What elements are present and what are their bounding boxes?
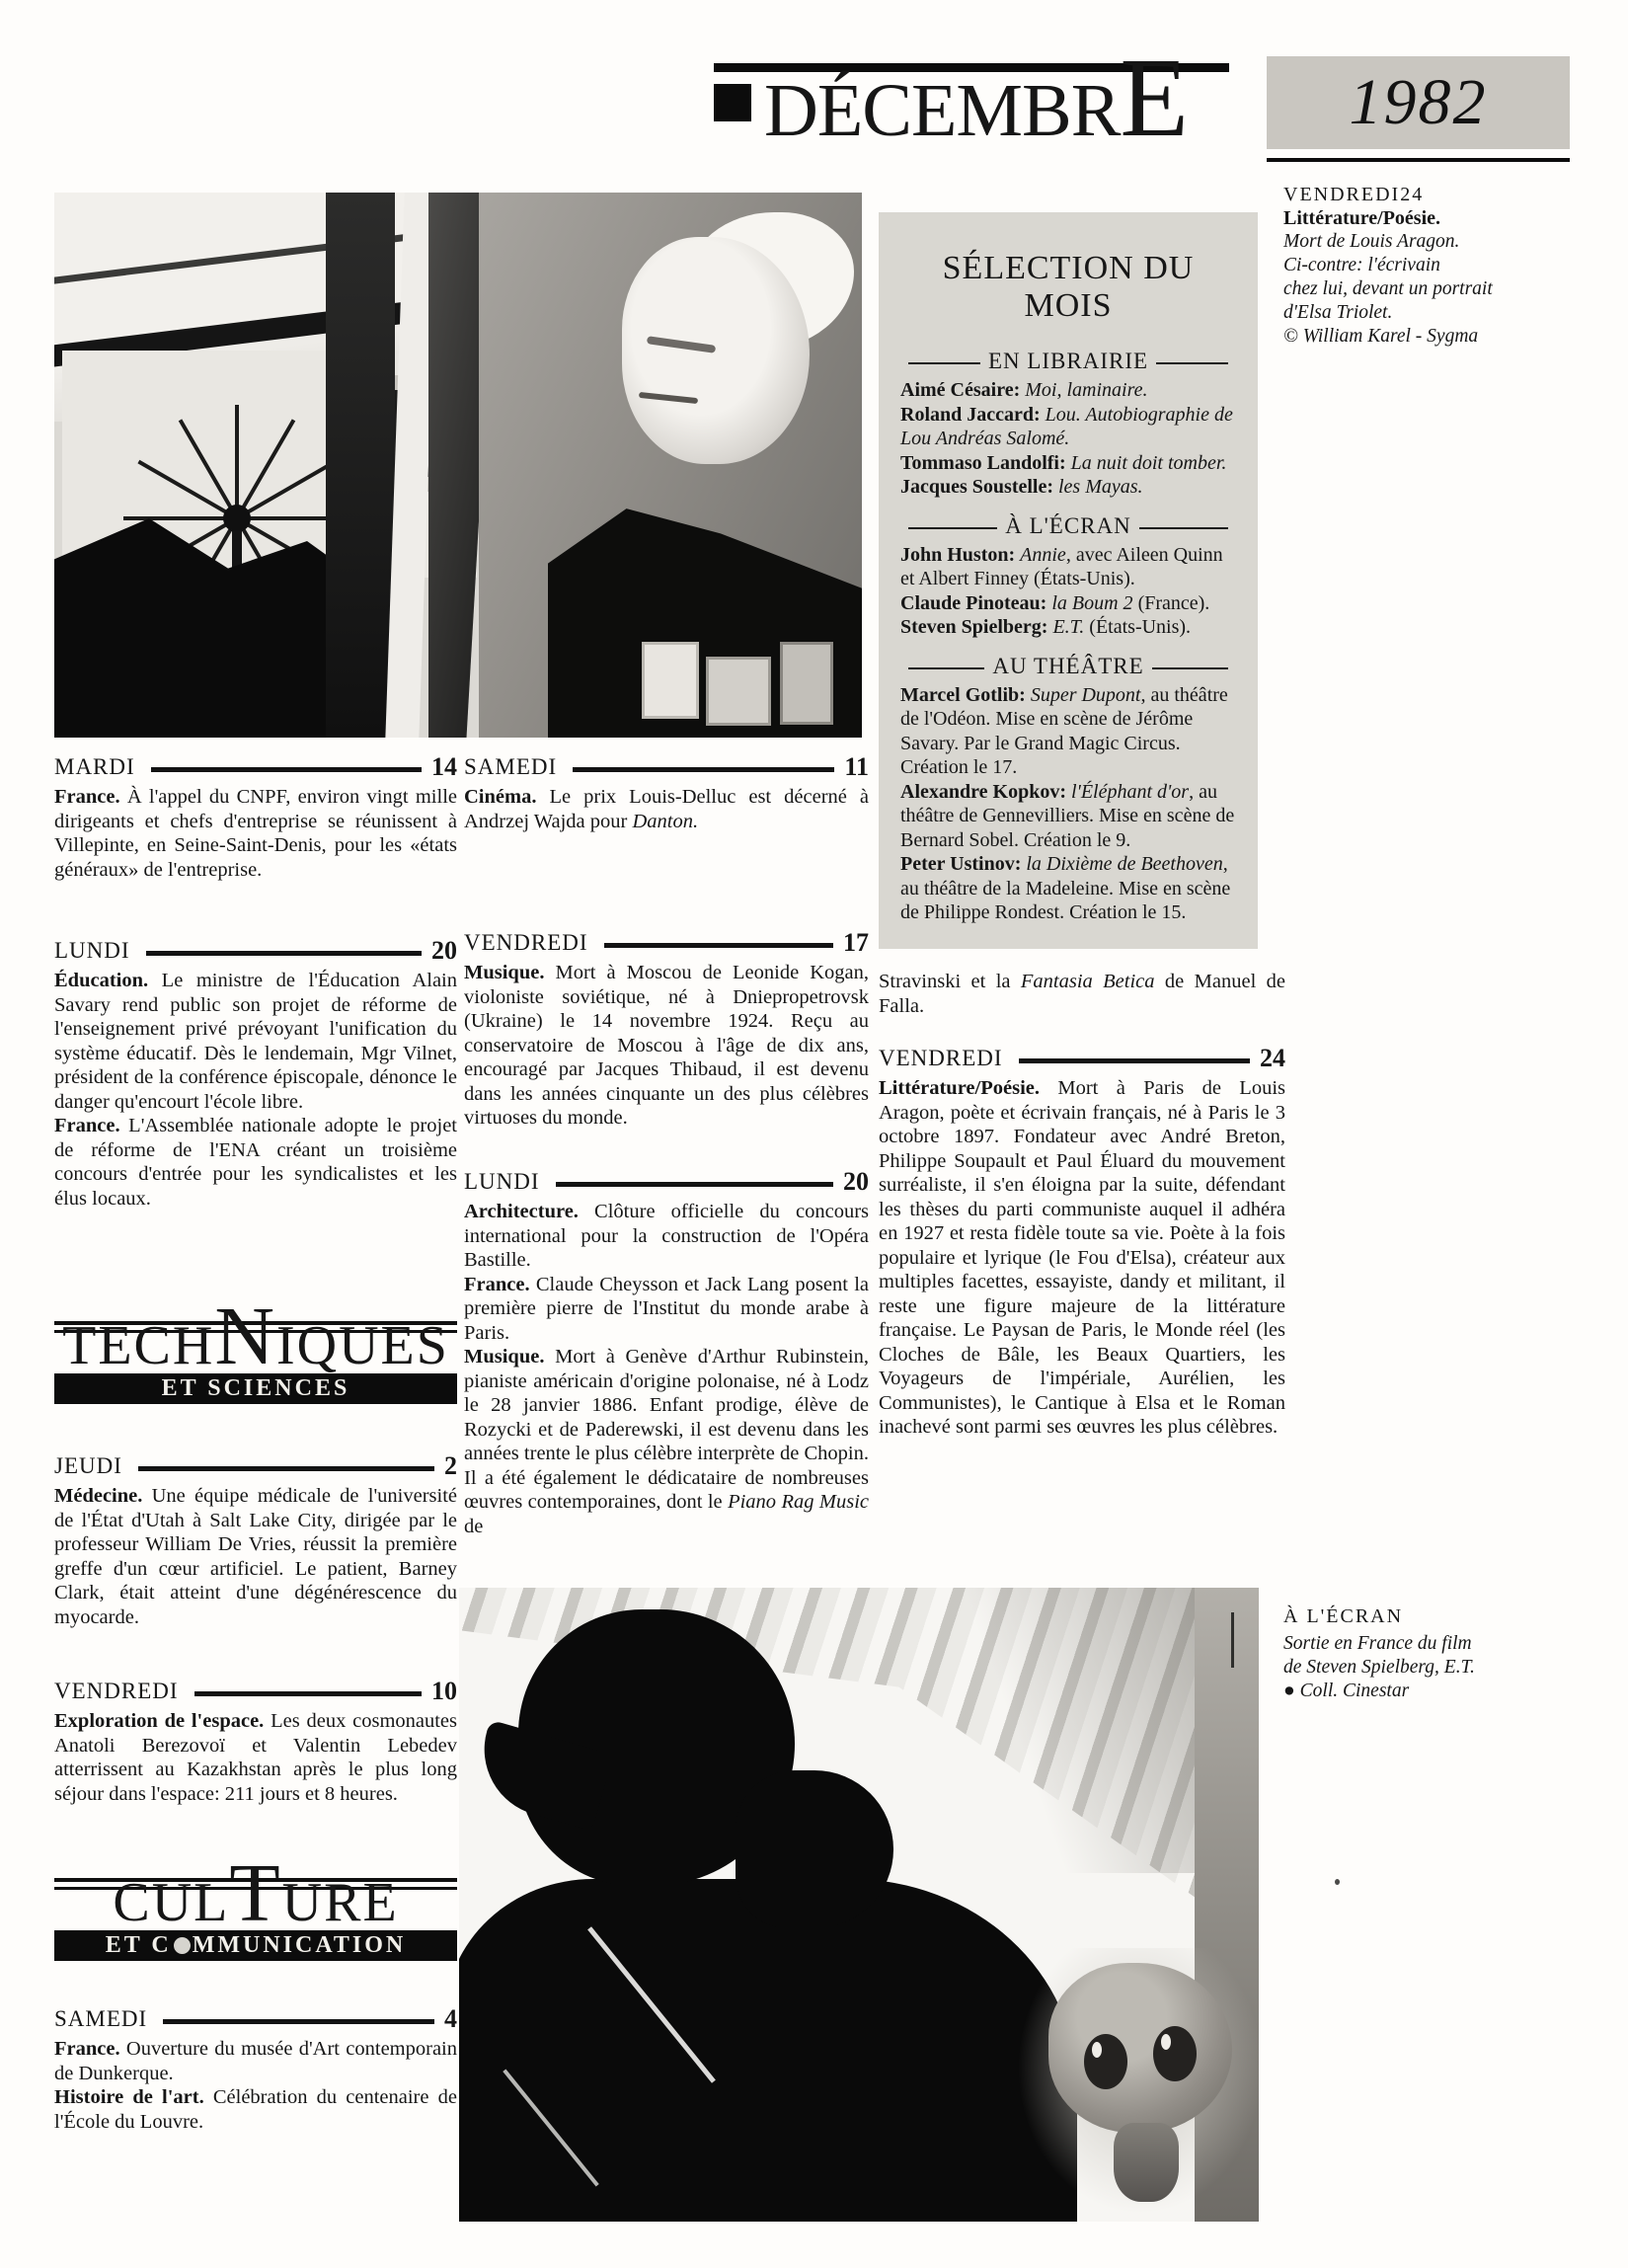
et-creature (1037, 1963, 1244, 2210)
heading-rule-right (1156, 362, 1228, 364)
selection-item: Aimé Césaire: Moi, laminaire. (900, 378, 1236, 403)
selection-item: Roland Jaccard: Lou. Autobiographie de L… (900, 403, 1236, 451)
item-title: Moi, laminaire. (1025, 379, 1147, 401)
heading-rule-right (1139, 527, 1228, 529)
paragraph-lead: France. (54, 2038, 120, 2060)
day-label: SAMEDI (54, 2006, 147, 2032)
et-head (1048, 1963, 1232, 2133)
day-label: LUNDI (464, 1169, 540, 1195)
selection-title: SÉLECTION DU MOIS (900, 250, 1236, 325)
paragraph-lead: Médecine. (54, 1485, 142, 1507)
paragraph-italic-title: Fantasia Betica (1021, 971, 1155, 992)
masthead-title: CULTURE (54, 1866, 457, 1925)
item-author: Steven Spielberg: (900, 616, 1052, 638)
day-label: SAMEDI (464, 754, 557, 780)
caption-line: Mort de Louis Aragon. (1283, 230, 1580, 254)
paragraph-lead: France. (54, 786, 120, 808)
selection-heading-theatre: AU THÉÂTRE (900, 654, 1236, 679)
et-neck (1114, 2123, 1179, 2202)
sconce-hub (223, 505, 251, 532)
caption-heading: À L'ÉCRAN (1283, 1604, 1580, 1628)
masthead-title-post: URE (282, 1872, 399, 1933)
day-number: 2 (444, 1451, 457, 1481)
paragraph-text: Mort à Paris de Louis Aragon, poète et é… (879, 1077, 1285, 1438)
day-label: VENDREDI (54, 1679, 179, 1704)
item-title: l'Éléphant d'or (1071, 781, 1189, 803)
month-title-big-letter: E (1120, 35, 1188, 160)
item-author: Aimé Césaire: (900, 379, 1025, 401)
eye-glint (1161, 2034, 1171, 2050)
item-title: les Mayas. (1058, 476, 1143, 498)
selection-item: Steven Spielberg: E.T. (États-Unis). (900, 615, 1236, 640)
postcard (780, 642, 833, 725)
selection-item: Alexandre Kopkov: l'Éléphant d'or, au th… (900, 780, 1236, 853)
masthead-subtitle-pre: ET C (106, 1932, 172, 1959)
item-author: Marcel Gotlib: (900, 684, 1031, 706)
entry-day-header: VENDREDI 10 (54, 1677, 457, 1706)
paragraph-text: Mort à Moscou de Leonide Kogan, violonis… (464, 962, 869, 1129)
masthead-title-pre: CUL (113, 1872, 229, 1933)
selection-item: Peter Ustinov: la Dixième de Beethoven, … (900, 852, 1236, 925)
entry-vendredi-17: VENDREDI 17 Musique. Mort à Moscou de Le… (464, 928, 869, 1131)
selection-item: Jacques Soustelle: les Mayas. (900, 475, 1236, 500)
item-author: Claude Pinoteau: (900, 592, 1051, 614)
et-eye-right (1153, 2026, 1197, 2081)
entry-paragraph: France. À l'appel du CNPF, environ vingt… (54, 785, 457, 882)
paragraph-lead: Littérature/Poésie. (879, 1077, 1040, 1099)
photo-et-film-still (459, 1588, 1259, 2222)
photo-louis-aragon (54, 193, 862, 738)
masthead-title-pre: TECH (62, 1315, 214, 1376)
scan-tick-mark (1231, 1612, 1234, 1668)
heading-rule-left (908, 527, 997, 529)
paragraph-lead: France. (54, 1115, 120, 1136)
day-number: 10 (431, 1677, 457, 1706)
aragon-face-profile (622, 237, 810, 464)
entry-day-header: SAMEDI 11 (464, 752, 869, 782)
item-rest: (France). (1133, 592, 1210, 614)
paragraph-italic-title: Piano Rag Music (728, 1491, 869, 1513)
caption-line: Sortie en France du film (1283, 1632, 1580, 1656)
black-square-bullet (714, 84, 751, 121)
entry-paragraph: Musique. Mort à Genève d'Arthur Rubinste… (464, 1345, 869, 1538)
year-box-underline (1267, 158, 1570, 162)
paragraph-lead: Cinéma. (464, 786, 536, 808)
selection-heading-librairie: EN LIBRAIRIE (900, 349, 1236, 374)
caption-line: d'Elsa Triolet. (1283, 301, 1580, 325)
day-label: MARDI (54, 754, 135, 780)
caption-line: de Steven Spielberg, E.T. (1283, 1656, 1580, 1680)
caption-photo-credit: © William Karel - Sygma (1283, 325, 1580, 349)
selection-item: John Huston: Annie, avec Aileen Quinn et… (900, 543, 1236, 591)
caption-line: chez lui, devant un portrait (1283, 277, 1580, 301)
day-label: JEUDI (54, 1453, 122, 1479)
paragraph-italic-title: Danton. (632, 811, 698, 832)
masthead-title: TECHNIQUES (54, 1309, 457, 1369)
day-rule (1019, 1058, 1250, 1063)
item-title: Super Dupont (1031, 684, 1141, 706)
item-author: Alexandre Kopkov: (900, 781, 1071, 803)
entry-paragraph: Stravinski et la Fantasia Betica de Manu… (879, 970, 1285, 1018)
entry-paragraph: France. L'Assemblée nationale adopte le … (54, 1114, 457, 1211)
paragraph-lead: Architecture. (464, 1201, 579, 1222)
item-rest: (États-Unis). (1084, 616, 1191, 638)
entry-day-header: JEUDI 2 (54, 1451, 457, 1481)
caption-aragon-photo: VENDREDI24 Littérature/Poésie. Mort de L… (1283, 183, 1580, 349)
postcard (706, 657, 771, 726)
day-rule (138, 1466, 434, 1471)
item-title: Annie (1020, 544, 1066, 566)
day-number: 14 (431, 752, 457, 782)
entry-paragraph: Médecine. Une équipe médicale de l'unive… (54, 1484, 457, 1629)
masthead-big-letter: N (214, 1290, 276, 1382)
et-eye-left (1084, 2034, 1127, 2089)
day-label: VENDREDI (464, 930, 588, 956)
masthead-big-letter: T (229, 1847, 281, 1939)
masthead: CULTURE ET CMMUNICATION (54, 1866, 457, 1961)
day-rule (573, 767, 834, 772)
day-number: 17 (843, 928, 869, 958)
boy-silhouette-hair (736, 1770, 893, 1928)
entry-day-header: LUNDI 20 (54, 936, 457, 966)
selection-item: Tommaso Landolfi: La nuit doit tomber. (900, 451, 1236, 476)
postcard (642, 642, 699, 719)
selection-heading-ecran: À L'ÉCRAN (900, 513, 1236, 539)
paragraph-lead: Éducation. (54, 970, 148, 991)
item-title: la Boum 2 (1051, 592, 1132, 614)
item-title: la Dixième de Beethoven (1026, 853, 1222, 875)
section-header-techniques: TECHNIQUES ET SCIENCES (54, 1309, 457, 1404)
entry-samedi-4: SAMEDI 4 France. Ouverture du musée d'Ar… (54, 2004, 457, 2134)
heading-rule-right (1152, 667, 1228, 669)
section-header-culture: CULTURE ET CMMUNICATION (54, 1866, 457, 1961)
day-rule (163, 2019, 434, 2024)
caption-photo-credit: ● Coll. Cinestar (1283, 1680, 1580, 1703)
entry-vendredi-24: VENDREDI 24 Littérature/Poésie. Mort à P… (879, 1044, 1285, 1440)
day-number: 20 (431, 936, 457, 966)
paragraph-lead: France. (464, 1274, 530, 1295)
entry-mardi-14: MARDI 14 France. À l'appel du CNPF, envi… (54, 752, 457, 882)
paragraph-continuation: Stravinski et la Fantasia Betica de Manu… (879, 970, 1285, 1018)
day-rule (556, 1182, 833, 1187)
magazine-page: DÉCEMBRE 1982 (0, 0, 1628, 2268)
paragraph-post: de (464, 1516, 483, 1537)
boy-silhouette-body (459, 1879, 1077, 2222)
letter-o-disc (174, 1937, 191, 1954)
entry-paragraph: Exploration de l'espace. Les deux cosmon… (54, 1709, 457, 1806)
item-author: John Huston: (900, 544, 1020, 566)
entry-day-header: VENDREDI 24 (879, 1044, 1285, 1073)
entry-paragraph: France. Ouverture du musée d'Art contemp… (54, 2037, 457, 2085)
item-author: Tommaso Landolfi: (900, 452, 1071, 474)
entry-paragraph: France. Claude Cheysson et Jack Lang pos… (464, 1273, 869, 1346)
masthead-title-post: IQUES (276, 1315, 449, 1376)
caption-line: Ci-contre: l'écrivain (1283, 254, 1580, 277)
entry-paragraph: Musique. Mort à Moscou de Leonide Kogan,… (464, 961, 869, 1131)
year-box: 1982 (1267, 56, 1570, 149)
entry-paragraph: Éducation. Le ministre de l'Éducation Al… (54, 969, 457, 1114)
day-number: 20 (843, 1167, 869, 1197)
day-number: 4 (444, 2004, 457, 2034)
entry-paragraph: Cinéma. Le prix Louis-Delluc est décerné… (464, 785, 869, 833)
entry-vendredi-10: VENDREDI 10 Exploration de l'espace. Les… (54, 1677, 457, 1806)
entry-paragraph: Architecture. Clôture officielle du conc… (464, 1200, 869, 1273)
day-number: 24 (1260, 1044, 1285, 1073)
caption-date: VENDREDI24 (1283, 183, 1580, 206)
item-author: Peter Ustinov: (900, 853, 1026, 875)
day-rule (146, 951, 422, 956)
day-rule (194, 1691, 422, 1696)
entry-day-header: MARDI 14 (54, 752, 457, 782)
entry-lundi-20: LUNDI 20 Éducation. Le ministre de l'Édu… (54, 936, 457, 1211)
item-title: E.T. (1052, 616, 1084, 638)
selection-item: Claude Pinoteau: la Boum 2 (France). (900, 591, 1236, 616)
item-author: Roland Jaccard: (900, 404, 1046, 426)
heading-label: AU THÉÂTRE (992, 654, 1143, 679)
entry-lundi-20-mid: LUNDI 20 Architecture. Clôture officiell… (464, 1167, 869, 1538)
paragraph-lead: Musique. (464, 962, 544, 983)
caption-category: Littérature/Poésie. (1283, 206, 1580, 230)
eye-glint (1092, 2042, 1102, 2058)
entry-jeudi-2: JEUDI 2 Médecine. Une équipe médicale de… (54, 1451, 457, 1629)
paragraph-text: Stravinski et la (879, 971, 1021, 992)
selection-du-mois-box: SÉLECTION DU MOIS EN LIBRAIRIE Aimé Césa… (879, 212, 1258, 949)
item-title: La nuit doit tomber. (1071, 452, 1227, 474)
entry-day-header: SAMEDI 4 (54, 2004, 457, 2034)
day-label: LUNDI (54, 938, 130, 964)
month-title-text: DÉCEMBR (764, 69, 1120, 152)
heading-label: À L'ÉCRAN (1005, 513, 1131, 539)
entry-samedi-11: SAMEDI 11 Cinéma. Le prix Louis-Delluc e… (464, 752, 869, 833)
masthead-subtitle-post: MMUNICATION (193, 1932, 407, 1959)
entry-paragraph: Histoire de l'art. Célébration du centen… (54, 2085, 457, 2134)
paragraph-lead: Musique. (464, 1346, 544, 1368)
scan-stray-dot (1335, 1879, 1340, 1885)
caption-et-photo: À L'ÉCRAN Sortie en France du film de St… (1283, 1604, 1580, 1703)
month-title: DÉCEMBRE (764, 69, 1188, 152)
day-label: VENDREDI (879, 1046, 1003, 1071)
year-label: 1982 (1350, 65, 1488, 140)
paragraph-text: Mort à Genève d'Arthur Rubinstein, piani… (464, 1346, 869, 1513)
item-author: Jacques Soustelle: (900, 476, 1058, 498)
day-rule (604, 943, 833, 948)
page-header: DÉCEMBRE (714, 73, 1188, 148)
dark-door-panel (326, 193, 395, 738)
heading-rule-left (908, 667, 984, 669)
masthead: TECHNIQUES ET SCIENCES (54, 1309, 457, 1404)
paragraph-lead: Exploration de l'espace. (54, 1710, 264, 1732)
heading-rule-left (908, 362, 980, 364)
day-rule (151, 767, 422, 772)
day-number: 11 (844, 752, 869, 782)
paragraph-lead: Histoire de l'art. (54, 2086, 204, 2108)
entry-day-header: VENDREDI 17 (464, 928, 869, 958)
heading-label: EN LIBRAIRIE (988, 349, 1148, 374)
selection-item: Marcel Gotlib: Super Dupont, au théâtre … (900, 683, 1236, 780)
entry-paragraph: Littérature/Poésie. Mort à Paris de Loui… (879, 1076, 1285, 1440)
entry-day-header: LUNDI 20 (464, 1167, 869, 1197)
